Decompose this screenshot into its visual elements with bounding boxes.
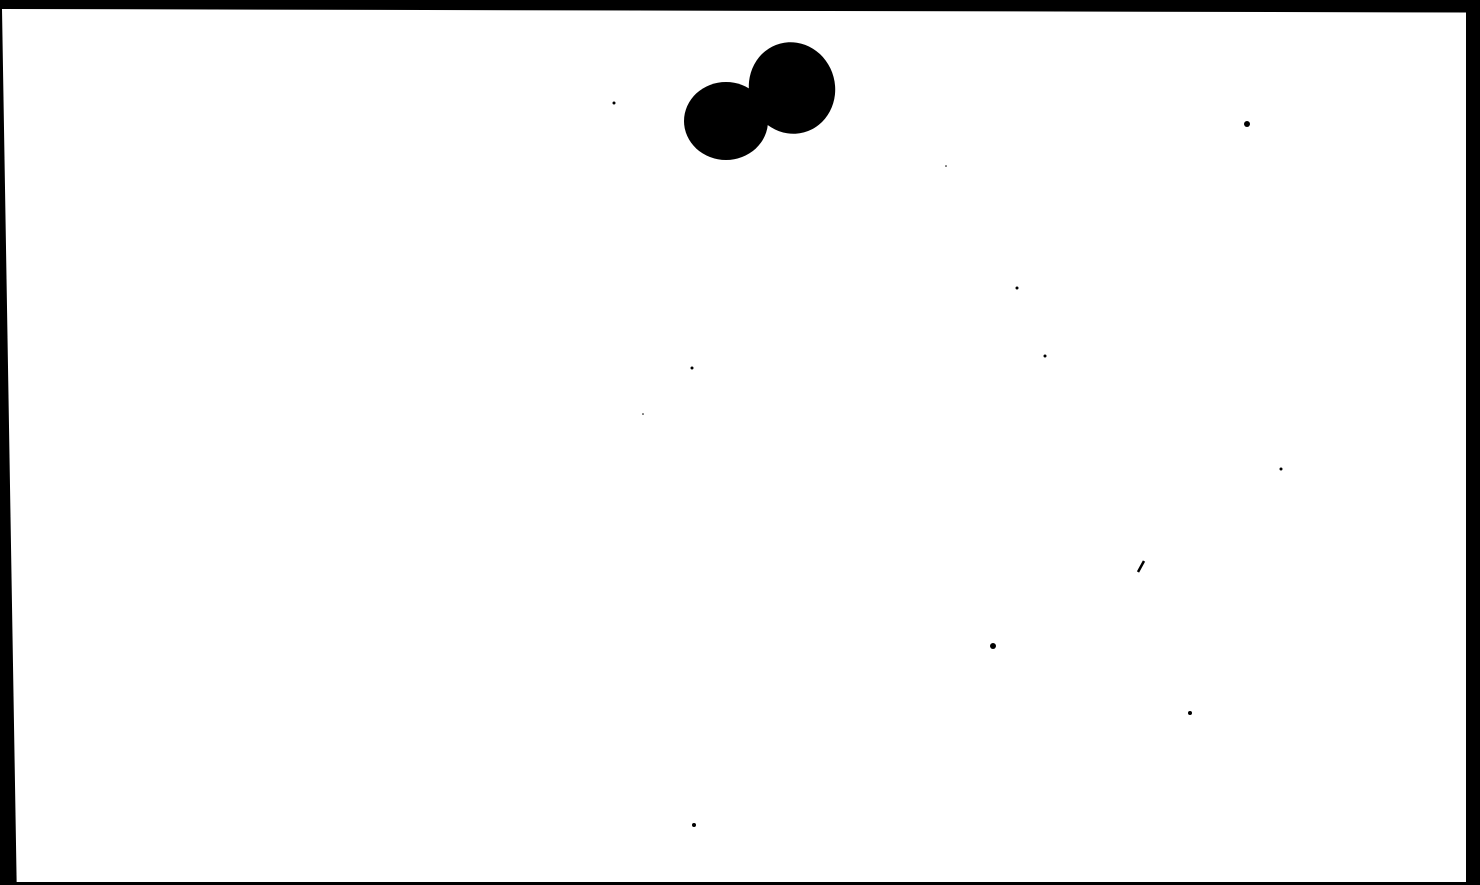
marks-layer xyxy=(0,0,1480,885)
specks xyxy=(613,102,1283,828)
scan-border xyxy=(0,0,1480,885)
